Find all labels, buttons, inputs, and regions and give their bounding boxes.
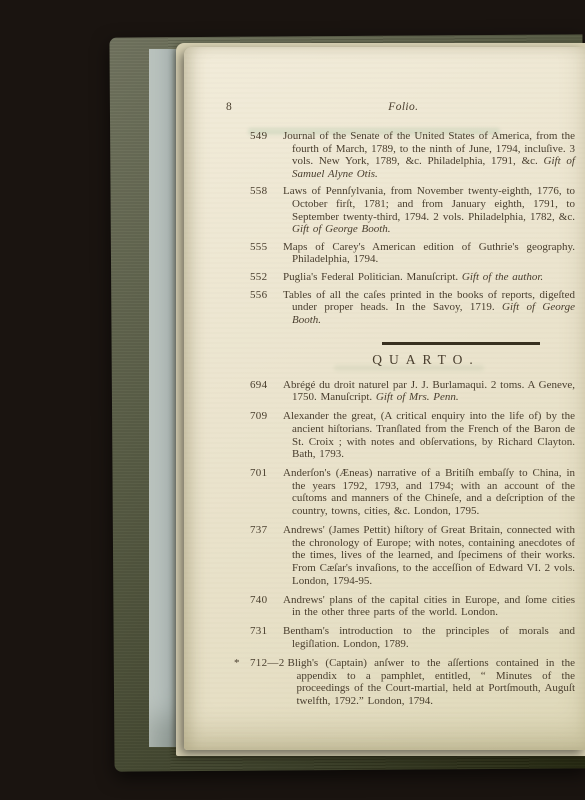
entry-text: Bligh's (Captain) anſwer to the aſſertio… <box>288 657 576 707</box>
quarto-section-heading: QUARTO. <box>276 352 576 368</box>
entry-marker: * <box>234 657 240 670</box>
entry-text: Journal of the Senate of the United Stat… <box>283 130 575 167</box>
catalog-entry: 558Laws of Pennſylvania, from November t… <box>250 185 575 235</box>
catalog-entry: 552Puglia's Federal Politician. Manuſcri… <box>250 271 575 284</box>
entry-number: 556 <box>250 289 280 327</box>
entry-number: 555 <box>250 241 280 266</box>
entry-body: Bentham's introduction to the principles… <box>283 625 575 650</box>
entry-number: 740 <box>250 594 280 619</box>
entry-number: 701 <box>250 467 280 517</box>
entry-text: Laws of Pennſylvania, from November twen… <box>283 185 575 222</box>
entry-text: Andrews' (James Pettit) hiſtory of Great… <box>283 524 575 586</box>
entry-body: Andrews' (James Pettit) hiſtory of Great… <box>283 524 575 587</box>
catalog-entry: 555Maps of Carey's American edition of G… <box>250 241 575 266</box>
page-content: 8 Folio. 549Journal of the Senate of the… <box>250 101 575 714</box>
gift-note: Gift of the author. <box>458 271 543 283</box>
entry-body: Bligh's (Captain) anſwer to the aſſertio… <box>288 657 576 707</box>
running-title: Folio. <box>232 101 575 113</box>
entry-text: Anderſon's (Æneas) narrative of a Britiſ… <box>283 467 575 517</box>
entry-body: Tables of all the caſes printed in the b… <box>283 289 575 327</box>
entry-body: Laws of Pennſylvania, from November twen… <box>283 185 575 235</box>
entry-text: Maps of Carey's American edition of Guth… <box>283 241 575 266</box>
entry-body: Alexander the great, (A critical enquiry… <box>283 410 575 460</box>
page-header: 8 Folio. <box>226 101 575 113</box>
gift-note: Gift of Mrs. Penn. <box>372 391 459 403</box>
catalog-entry: 740Andrews' plans of the capital cities … <box>250 594 575 619</box>
entry-text: Puglia's Federal Politician. Manuſcript. <box>283 271 458 283</box>
section-divider-rule <box>382 342 540 344</box>
entry-body: Abrégé du droit naturel par J. J. Burlam… <box>283 379 575 404</box>
folio-entry-list: 549Journal of the Senate of the United S… <box>250 130 575 326</box>
entry-body: Puglia's Federal Politician. Manuſcript.… <box>283 271 575 284</box>
photo-backdrop: 8 Folio. 549Journal of the Senate of the… <box>0 0 585 800</box>
gift-note: Gift of George Booth. <box>292 223 391 235</box>
entry-body: Maps of Carey's American edition of Guth… <box>283 241 575 266</box>
entry-body: Anderſon's (Æneas) narrative of a Britiſ… <box>283 467 575 517</box>
quarto-entry-list: 694Abrégé du droit naturel par J. J. Bur… <box>250 379 575 708</box>
catalog-entry: 701Anderſon's (Æneas) narrative of a Bri… <box>250 467 575 517</box>
entry-text: Alexander the great, (A critical enquiry… <box>283 410 575 460</box>
catalog-entry: 549Journal of the Senate of the United S… <box>250 130 575 180</box>
entry-body: Andrews' plans of the capital cities in … <box>283 594 575 619</box>
entry-number: 737 <box>250 524 280 587</box>
entry-number: 552 <box>250 271 280 284</box>
catalog-entry: 737Andrews' (James Pettit) hiſtory of Gr… <box>250 524 575 587</box>
catalog-page: 8 Folio. 549Journal of the Senate of the… <box>184 47 585 750</box>
catalog-entry: 694Abrégé du droit naturel par J. J. Bur… <box>250 379 575 404</box>
catalog-entry: *712—2Bligh's (Captain) anſwer to the aſ… <box>250 657 575 707</box>
catalog-entry: 556Tables of all the caſes printed in th… <box>250 289 575 327</box>
entry-number: 549 <box>250 130 280 180</box>
entry-text: Bentham's introduction to the principles… <box>283 625 575 650</box>
entry-number: 731 <box>250 625 280 650</box>
catalog-entry: 731Bentham's introduction to the princip… <box>250 625 575 650</box>
entry-number: 558 <box>250 185 280 235</box>
entry-number: 694 <box>250 379 280 404</box>
entry-text: Andrews' plans of the capital cities in … <box>283 594 575 619</box>
catalog-entry: 709Alexander the great, (A critical enqu… <box>250 410 575 460</box>
entry-body: Journal of the Senate of the United Stat… <box>283 130 575 180</box>
entry-number: 709 <box>250 410 280 460</box>
entry-number: 712—2 <box>250 657 285 707</box>
